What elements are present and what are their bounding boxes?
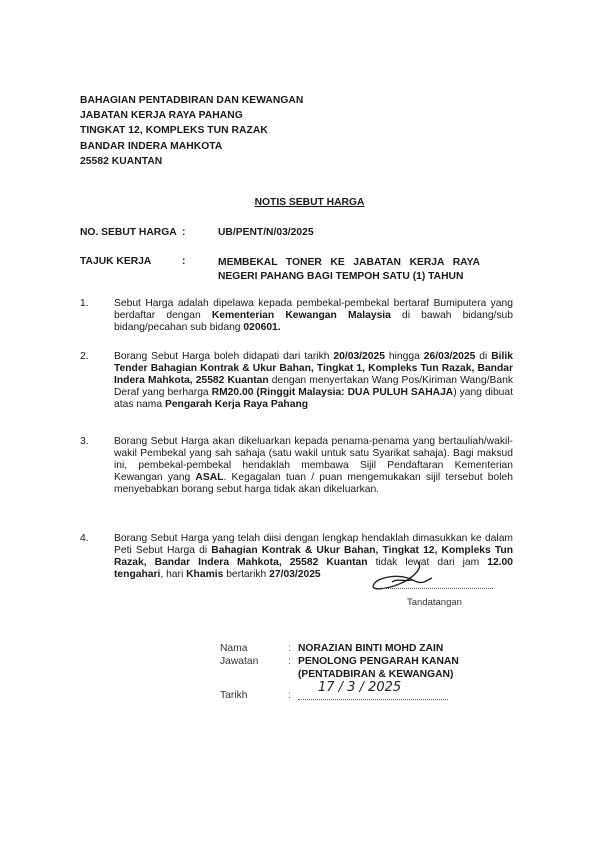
bold-text: ASAL <box>195 472 223 483</box>
tajuk-value: MEMBEKAL TONER KE JABATAN KERJA RAYA NEG… <box>218 256 480 283</box>
signature-line <box>383 587 493 589</box>
address-line: BANDAR INDERA MAHKOTA <box>80 139 303 154</box>
tajuk-label: TAJUK KERJA <box>80 256 151 267</box>
document-title-wrap: NOTIS SEBUT HARGA <box>0 197 595 208</box>
address-line: BAHAGIAN PENTADBIRAN DAN KEWANGAN <box>80 93 303 108</box>
text: Borang Sebut Harga boleh didapati dari t… <box>114 351 333 362</box>
jawatan-colon: : <box>288 656 291 667</box>
para-number: 2. <box>80 351 89 362</box>
document-title: NOTIS SEBUT HARGA <box>255 197 365 208</box>
jawatan-value: PENOLONG PENGARAH KANAN (PENTADBIRAN & K… <box>298 656 459 681</box>
bold-text: Khamis <box>186 569 223 580</box>
paragraph-2: Borang Sebut Harga boleh didapati dari t… <box>114 351 513 411</box>
ref-no-label: NO. SEBUT HARGA <box>80 227 177 238</box>
para-number: 4. <box>80 533 89 544</box>
tarikh-handwritten: 17 / 3 / 2025 <box>318 680 401 695</box>
nama-colon: : <box>288 643 291 654</box>
para-number: 3. <box>80 436 89 447</box>
signature-scribble-icon <box>368 560 468 600</box>
jawatan-line: PENOLONG PENGARAH KANAN <box>298 656 459 669</box>
address-line: TINGKAT 12, KOMPLEKS TUN RAZAK <box>80 123 303 138</box>
nama-label: Nama <box>220 643 247 654</box>
jawatan-label: Jawatan <box>220 656 258 667</box>
paragraph-1: Sebut Harga adalah dipelawa kepada pembe… <box>114 298 513 334</box>
bold-text: 020601. <box>243 322 280 333</box>
tajuk-colon: : <box>182 256 185 267</box>
nama-value: NORAZIAN BINTI MOHD ZAIN <box>298 643 443 656</box>
address-line: 25582 KUANTAN <box>80 154 303 169</box>
paragraph-3: Borang Sebut Harga akan dikeluarkan kepa… <box>114 436 513 496</box>
tarikh-colon: : <box>288 690 291 701</box>
bold-text: Kementerian Kewangan Malaysia <box>212 310 391 321</box>
tarikh-line <box>298 698 448 700</box>
text: hingga <box>385 351 424 362</box>
bold-text: 26/03/2025 <box>424 351 476 362</box>
ref-no-colon: : <box>182 227 185 238</box>
address-line: JABATAN KERJA RAYA PAHANG <box>80 108 303 123</box>
sender-address: BAHAGIAN PENTADBIRAN DAN KEWANGAN JABATA… <box>80 93 303 169</box>
bold-text: Pengarah Kerja Raya Pahang <box>165 399 308 410</box>
ref-no-value: UB/PENT/N/03/2025 <box>218 227 314 238</box>
text: , hari <box>160 569 186 580</box>
para-number: 1. <box>80 298 89 309</box>
text: di <box>475 351 491 362</box>
bold-text: RM20.00 (Ringgit Malaysia: DUA PULUH SAH… <box>212 387 454 398</box>
tarikh-label: Tarikh <box>220 690 247 701</box>
bold-text: 20/03/2025 <box>333 351 385 362</box>
bold-text: 27/03/2025 <box>269 569 321 580</box>
signature-label: Tandatangan <box>407 597 462 608</box>
text: bertarikh <box>223 569 269 580</box>
